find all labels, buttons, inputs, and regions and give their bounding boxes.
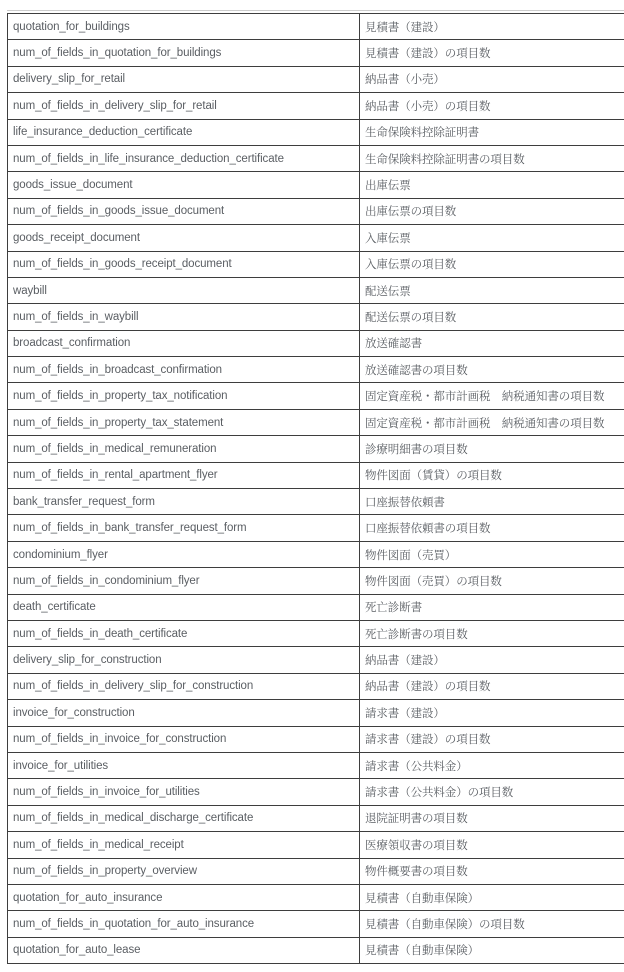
table-body: quotation_for_buildings 見積書（建設） num_of_f… xyxy=(8,14,624,964)
table-row: waybill 配送伝票 xyxy=(8,277,624,303)
table-row: num_of_fields_in_goods_issue_document 出庫… xyxy=(8,198,624,224)
field-key-cell: num_of_fields_in_invoice_for_utilities xyxy=(8,779,360,805)
field-key-cell: bank_transfer_request_form xyxy=(8,489,360,515)
table-row: death_certificate 死亡診断書 xyxy=(8,594,624,620)
field-label-cell: 生命保険料控除証明書 xyxy=(360,119,624,145)
table-row: life_insurance_deduction_certificate 生命保… xyxy=(8,119,624,145)
field-key-cell: num_of_fields_in_goods_receipt_document xyxy=(8,251,360,277)
field-label-cell: 請求書（建設） xyxy=(360,700,624,726)
field-label-cell: 配送伝票の項目数 xyxy=(360,304,624,330)
table-row: num_of_fields_in_quotation_for_auto_insu… xyxy=(8,911,624,937)
table-row: num_of_fields_in_quotation_for_buildings… xyxy=(8,40,624,66)
field-label-cell: 出庫伝票 xyxy=(360,172,624,198)
field-mapping-table: quotation_for_buildings 見積書（建設） num_of_f… xyxy=(7,13,624,964)
field-key-cell: quotation_for_auto_lease xyxy=(8,937,360,963)
field-key-cell: goods_issue_document xyxy=(8,172,360,198)
table-row: num_of_fields_in_property_tax_statement … xyxy=(8,409,624,435)
field-label-cell: 死亡診断書 xyxy=(360,594,624,620)
field-label-cell: 物件図面（賃貸）の項目数 xyxy=(360,462,624,488)
table-row: broadcast_confirmation 放送確認書 xyxy=(8,330,624,356)
top-divider-line xyxy=(7,10,624,11)
field-label-cell: 見積書（建設） xyxy=(360,14,624,40)
table-row: num_of_fields_in_invoice_for_constructio… xyxy=(8,726,624,752)
table-row: num_of_fields_in_waybill 配送伝票の項目数 xyxy=(8,304,624,330)
field-label-cell: 生命保険料控除証明書の項目数 xyxy=(360,145,624,171)
field-label-cell: 請求書（建設）の項目数 xyxy=(360,726,624,752)
table-row: num_of_fields_in_delivery_slip_for_retai… xyxy=(8,93,624,119)
table-row: num_of_fields_in_invoice_for_utilities 請… xyxy=(8,779,624,805)
field-key-cell: num_of_fields_in_waybill xyxy=(8,304,360,330)
table-row: quotation_for_auto_lease 見積書（自動車保険） xyxy=(8,937,624,963)
field-label-cell: 死亡診断書の項目数 xyxy=(360,620,624,646)
field-key-cell: num_of_fields_in_bank_transfer_request_f… xyxy=(8,515,360,541)
field-key-cell: invoice_for_utilities xyxy=(8,752,360,778)
table-row: num_of_fields_in_death_certificate 死亡診断書… xyxy=(8,620,624,646)
table-row: num_of_fields_in_life_insurance_deductio… xyxy=(8,145,624,171)
field-key-cell: life_insurance_deduction_certificate xyxy=(8,119,360,145)
field-key-cell: condominium_flyer xyxy=(8,541,360,567)
field-label-cell: 口座振替依頼書の項目数 xyxy=(360,515,624,541)
field-label-cell: 納品書（小売）の項目数 xyxy=(360,93,624,119)
table-row: num_of_fields_in_medical_receipt 医療領収書の項… xyxy=(8,832,624,858)
field-label-cell: 見積書（自動車保険）の項目数 xyxy=(360,911,624,937)
field-label-cell: 出庫伝票の項目数 xyxy=(360,198,624,224)
field-label-cell: 入庫伝票 xyxy=(360,225,624,251)
field-key-cell: delivery_slip_for_retail xyxy=(8,66,360,92)
field-label-cell: 放送確認書の項目数 xyxy=(360,357,624,383)
table-row: num_of_fields_in_medical_discharge_certi… xyxy=(8,805,624,831)
field-label-cell: 診療明細書の項目数 xyxy=(360,436,624,462)
field-label-cell: 請求書（公共料金）の項目数 xyxy=(360,779,624,805)
field-label-cell: 医療領収書の項目数 xyxy=(360,832,624,858)
field-key-cell: num_of_fields_in_medical_remuneration xyxy=(8,436,360,462)
table-row: delivery_slip_for_retail 納品書（小売） xyxy=(8,66,624,92)
table-row: goods_issue_document 出庫伝票 xyxy=(8,172,624,198)
field-key-cell: num_of_fields_in_life_insurance_deductio… xyxy=(8,145,360,171)
table-row: num_of_fields_in_medical_remuneration 診療… xyxy=(8,436,624,462)
field-label-cell: 退院証明書の項目数 xyxy=(360,805,624,831)
field-key-cell: num_of_fields_in_broadcast_confirmation xyxy=(8,357,360,383)
field-key-cell: waybill xyxy=(8,277,360,303)
field-label-cell: 納品書（建設）の項目数 xyxy=(360,673,624,699)
field-key-cell: delivery_slip_for_construction xyxy=(8,647,360,673)
field-key-cell: num_of_fields_in_medical_discharge_certi… xyxy=(8,805,360,831)
table-row: num_of_fields_in_condominium_flyer 物件図面（… xyxy=(8,568,624,594)
field-key-cell: num_of_fields_in_quotation_for_buildings xyxy=(8,40,360,66)
field-label-cell: 見積書（自動車保険） xyxy=(360,884,624,910)
field-key-cell: broadcast_confirmation xyxy=(8,330,360,356)
field-label-cell: 納品書（建設） xyxy=(360,647,624,673)
field-label-cell: 見積書（自動車保険） xyxy=(360,937,624,963)
field-key-cell: num_of_fields_in_delivery_slip_for_retai… xyxy=(8,93,360,119)
field-label-cell: 固定資産税・都市計画税 納税通知書の項目数 xyxy=(360,383,624,409)
field-label-cell: 物件図面（売買）の項目数 xyxy=(360,568,624,594)
field-label-cell: 口座振替依頼書 xyxy=(360,489,624,515)
field-label-cell: 請求書（公共料金） xyxy=(360,752,624,778)
table-row: bank_transfer_request_form 口座振替依頼書 xyxy=(8,489,624,515)
table-row: invoice_for_utilities 請求書（公共料金） xyxy=(8,752,624,778)
field-label-cell: 物件概要書の項目数 xyxy=(360,858,624,884)
field-label-cell: 納品書（小売） xyxy=(360,66,624,92)
table-row: condominium_flyer 物件図面（売買） xyxy=(8,541,624,567)
field-key-cell: quotation_for_auto_insurance xyxy=(8,884,360,910)
field-key-cell: num_of_fields_in_medical_receipt xyxy=(8,832,360,858)
field-key-cell: num_of_fields_in_quotation_for_auto_insu… xyxy=(8,911,360,937)
field-label-cell: 配送伝票 xyxy=(360,277,624,303)
table-row: num_of_fields_in_bank_transfer_request_f… xyxy=(8,515,624,541)
field-key-cell: num_of_fields_in_property_tax_notificati… xyxy=(8,383,360,409)
field-key-cell: num_of_fields_in_property_tax_statement xyxy=(8,409,360,435)
field-key-cell: num_of_fields_in_delivery_slip_for_const… xyxy=(8,673,360,699)
table-row: num_of_fields_in_property_overview 物件概要書… xyxy=(8,858,624,884)
field-label-cell: 物件図面（売買） xyxy=(360,541,624,567)
field-key-cell: quotation_for_buildings xyxy=(8,14,360,40)
field-key-cell: num_of_fields_in_invoice_for_constructio… xyxy=(8,726,360,752)
table-row: delivery_slip_for_construction 納品書（建設） xyxy=(8,647,624,673)
field-key-cell: death_certificate xyxy=(8,594,360,620)
table-row: num_of_fields_in_goods_receipt_document … xyxy=(8,251,624,277)
field-key-cell: num_of_fields_in_rental_apartment_flyer xyxy=(8,462,360,488)
table-row: quotation_for_buildings 見積書（建設） xyxy=(8,14,624,40)
field-label-cell: 固定資産税・都市計画税 納税通知書の項目数 xyxy=(360,409,624,435)
field-label-cell: 見積書（建設）の項目数 xyxy=(360,40,624,66)
table-row: num_of_fields_in_broadcast_confirmation … xyxy=(8,357,624,383)
field-label-cell: 放送確認書 xyxy=(360,330,624,356)
field-key-cell: num_of_fields_in_property_overview xyxy=(8,858,360,884)
table-row: invoice_for_construction 請求書（建設） xyxy=(8,700,624,726)
field-key-cell: goods_receipt_document xyxy=(8,225,360,251)
table-row: num_of_fields_in_delivery_slip_for_const… xyxy=(8,673,624,699)
table-row: num_of_fields_in_property_tax_notificati… xyxy=(8,383,624,409)
table-row: quotation_for_auto_insurance 見積書（自動車保険） xyxy=(8,884,624,910)
table-row: num_of_fields_in_rental_apartment_flyer … xyxy=(8,462,624,488)
field-key-cell: invoice_for_construction xyxy=(8,700,360,726)
field-label-cell: 入庫伝票の項目数 xyxy=(360,251,624,277)
field-key-cell: num_of_fields_in_death_certificate xyxy=(8,620,360,646)
field-key-cell: num_of_fields_in_goods_issue_document xyxy=(8,198,360,224)
field-key-cell: num_of_fields_in_condominium_flyer xyxy=(8,568,360,594)
table-row: goods_receipt_document 入庫伝票 xyxy=(8,225,624,251)
